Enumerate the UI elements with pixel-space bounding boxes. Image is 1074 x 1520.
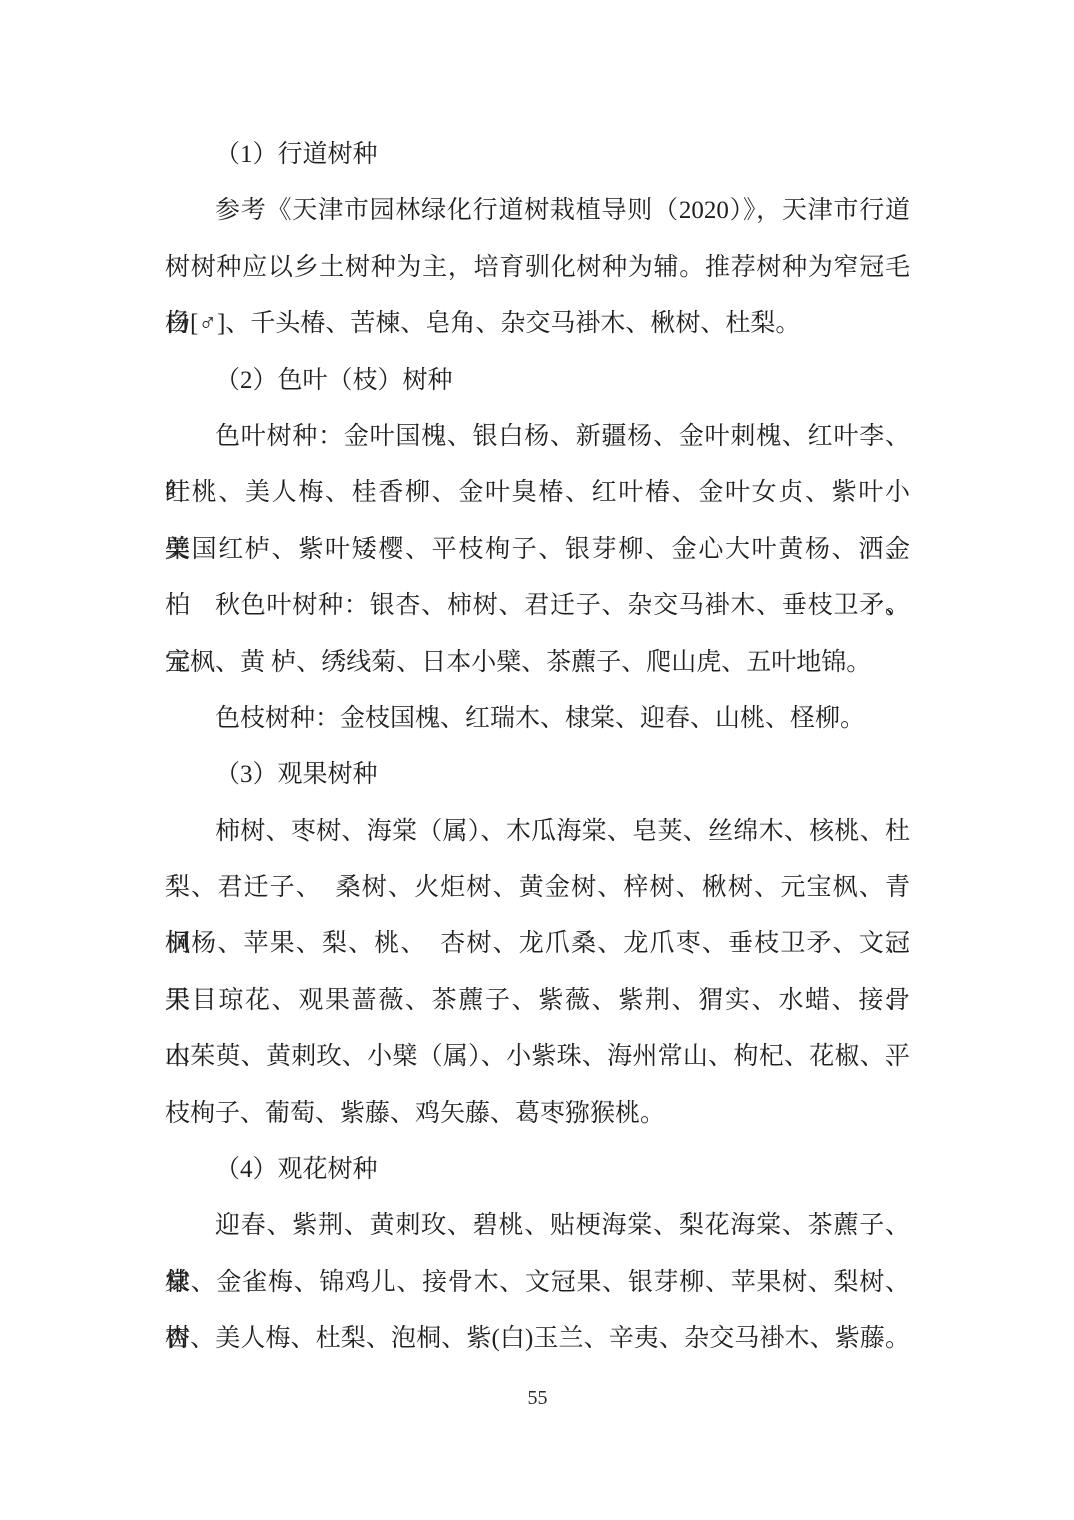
- text-line: 色枝树种：金枝国槐、红瑞木、棣棠、迎春、山桃、柽柳。: [165, 691, 910, 747]
- text-line: 秋色叶树种：银杏、柿树、君迁子、杂交马褂木、垂枝卫矛、元: [165, 578, 910, 634]
- document-body: （1）行道树种 参考《天津市园林绿化行道树栽植导则（2020）》，天津市行道 树…: [165, 127, 910, 1368]
- text-line: 宝枫、黄 栌、绣线菊、日本小檗、茶藨子、爬山虎、五叶地锦。: [165, 635, 910, 691]
- text-line: 天目琼花、观果蔷薇、茶藨子、紫薇、紫荆、猬实、水蜡、接骨木、: [165, 973, 910, 1029]
- text-line: 枫杨、苹果、梨、桃、 杏树、龙爪桑、龙爪枣、垂枝卫矛、文冠果、: [165, 916, 910, 972]
- text-line: 棠、金雀梅、锦鸡儿、接骨木、文冠果、银芽柳、苹果树、梨树、杏: [165, 1255, 910, 1311]
- text-line: 叶桃、美人梅、桂香柳、金叶臭椿、红叶椿、金叶女贞、紫叶小檗、: [165, 465, 910, 521]
- page-number: 55: [165, 1384, 910, 1412]
- text-line: 柿树、枣树、海棠（属）、木瓜海棠、皂荚、丝绵木、核桃、杜: [165, 804, 910, 860]
- text-line: 参考《天津市园林绿化行道树栽植导则（2020）》，天津市行道: [165, 183, 910, 239]
- section-heading-1: （1）行道树种: [165, 127, 910, 183]
- document-page: （1）行道树种 参考《天津市园林绿化行道树栽植导则（2020）》，天津市行道 树…: [0, 0, 1074, 1520]
- text-line: 树树种应以乡土树种为主，培育驯化树种为辅。推荐树种为窄冠毛白: [165, 240, 910, 296]
- text-line: 山茱萸、黄刺玫、小檗（属）、小紫珠、海州常山、枸杞、花椒、平: [165, 1029, 910, 1085]
- text-line: 杨[♂]、千头椿、苦楝、皂角、杂交马褂木、楸树、杜梨。: [165, 296, 910, 352]
- section-heading-3: （3）观果树种: [165, 747, 910, 803]
- text-line: 迎春、紫荆、黄刺玫、碧桃、贴梗海棠、梨花海棠、茶藨子、棣: [165, 1198, 910, 1254]
- text-line: 梨、君迁子、 桑树、火炬树、黄金树、梓树、楸树、元宝枫、青桐、: [165, 860, 910, 916]
- text-line: 树、美人梅、杜梨、泡桐、紫(白)玉兰、辛夷、杂交马褂木、紫藤。: [165, 1311, 910, 1367]
- text-line: 枝栒子、葡萄、紫藤、鸡矢藤、葛枣猕猴桃。: [165, 1086, 910, 1142]
- text-line: 色叶树种：金叶国槐、银白杨、新疆杨、金叶刺槐、红叶李、红: [165, 409, 910, 465]
- section-heading-4: （4）观花树种: [165, 1142, 910, 1198]
- text-line: 美国红栌、紫叶矮樱、平枝栒子、银芽柳、金心大叶黄杨、洒金柏。: [165, 522, 910, 578]
- section-heading-2: （2）色叶（枝）树种: [165, 353, 910, 409]
